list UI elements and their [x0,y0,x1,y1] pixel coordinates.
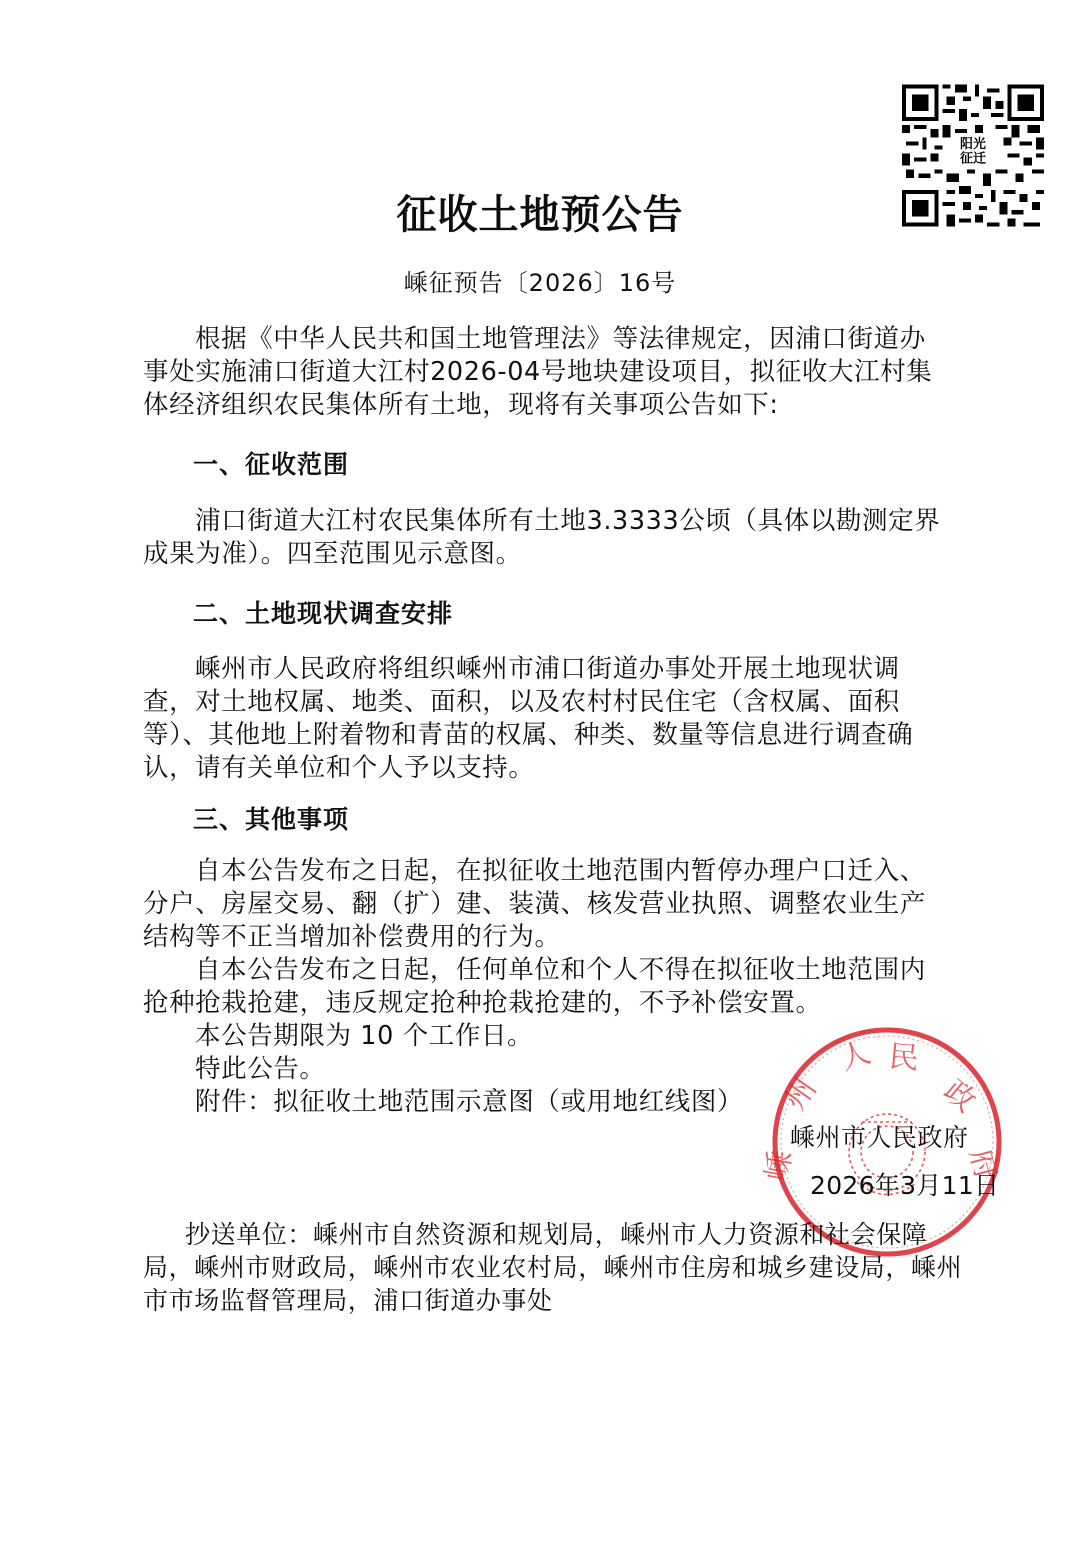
svg-text:民: 民 [887,1039,920,1076]
issue-date: 2026年3月11日 [810,1166,999,1202]
cc-line: 局，嵊州市财政局，嵊州市农业农村局，嵊州市住房和城乡建设局，嵊州 [143,1251,988,1284]
paragraph-line: 成果为准）。四至范围见示意图。 [143,538,988,571]
paragraph-line: 自本公告发布之日起，在拟征收土地范围内暂停办理户口迁入、 [143,855,988,888]
section-heading-1: 一、征收范围 [193,445,349,481]
svg-text:人: 人 [836,1035,875,1078]
cc-line: 市市场监督管理局，浦口街道办事处 [143,1284,988,1317]
svg-text:州: 州 [778,1072,824,1117]
intro-line: 事处实施浦口街道大江村2026-04号地块建设项目，拟征收大江村集 [143,356,988,389]
section-1-paragraph: 浦口街道大江村农民集体所有土地3.3333公顷（具体以勘测定界 成果为准）。四至… [143,505,988,571]
document-title: 征收土地预公告 [0,183,1080,240]
paragraph-line: 认，请有关单位和个人予以支持。 [143,752,988,785]
paragraph-line: 结构等不正当增加补偿费用的行为。 [143,921,988,954]
section-2-paragraph: 嵊州市人民政府将组织嵊州市浦口街道办事处开展土地现状调 查，对土地权属、地类、面… [143,653,988,785]
intro-line: 体经济组织农民集体所有土地，现将有关事项公告如下: [143,389,988,422]
document-number: 嵊征预告〔2026〕16号 [0,263,1080,298]
svg-text:征迁: 征迁 [960,150,986,166]
section-heading-2: 二、土地现状调查安排 [193,594,453,630]
svg-text:阳光: 阳光 [960,136,986,152]
cc-list: 抄送单位：嵊州市自然资源和规划局，嵊州市人力资源和社会保障 局，嵊州市财政局，嵊… [143,1218,988,1317]
section-heading-3: 三、其他事项 [193,800,349,836]
svg-text:政: 政 [937,1073,982,1119]
paragraph-line: 查，对土地权属、地类、面积，以及农村村民住宅（含权属、面积 [143,686,988,719]
paragraph-line: 浦口街道大江村农民集体所有土地3.3333公顷（具体以勘测定界 [143,505,988,538]
cc-line: 抄送单位：嵊州市自然资源和规划局，嵊州市人力资源和社会保障 [143,1218,988,1251]
intro-paragraph: 根据《中华人民共和国土地管理法》等法律规定，因浦口街道办 事处实施浦口街道大江村… [143,323,988,422]
issuer-name: 嵊州市人民政府 [790,1118,969,1154]
paragraph-line: 分户、房屋交易、翻（扩）建、装潢、核发营业执照、调整农业生产 [143,888,988,921]
paragraph-line: 嵊州市人民政府将组织嵊州市浦口街道办事处开展土地现状调 [143,653,988,686]
paragraph-line: 自本公告发布之日起，任何单位和个人不得在拟征收土地范围内 [143,954,988,987]
paragraph-line: 抢种抢栽抢建，违反规定抢种抢栽抢建的，不予补偿安置。 [143,987,988,1020]
paragraph-line: 等）、其他地上附着物和青苗的权属、种类、数量等信息进行调查确 [143,719,988,752]
intro-line: 根据《中华人民共和国土地管理法》等法律规定，因浦口街道办 [143,323,988,356]
